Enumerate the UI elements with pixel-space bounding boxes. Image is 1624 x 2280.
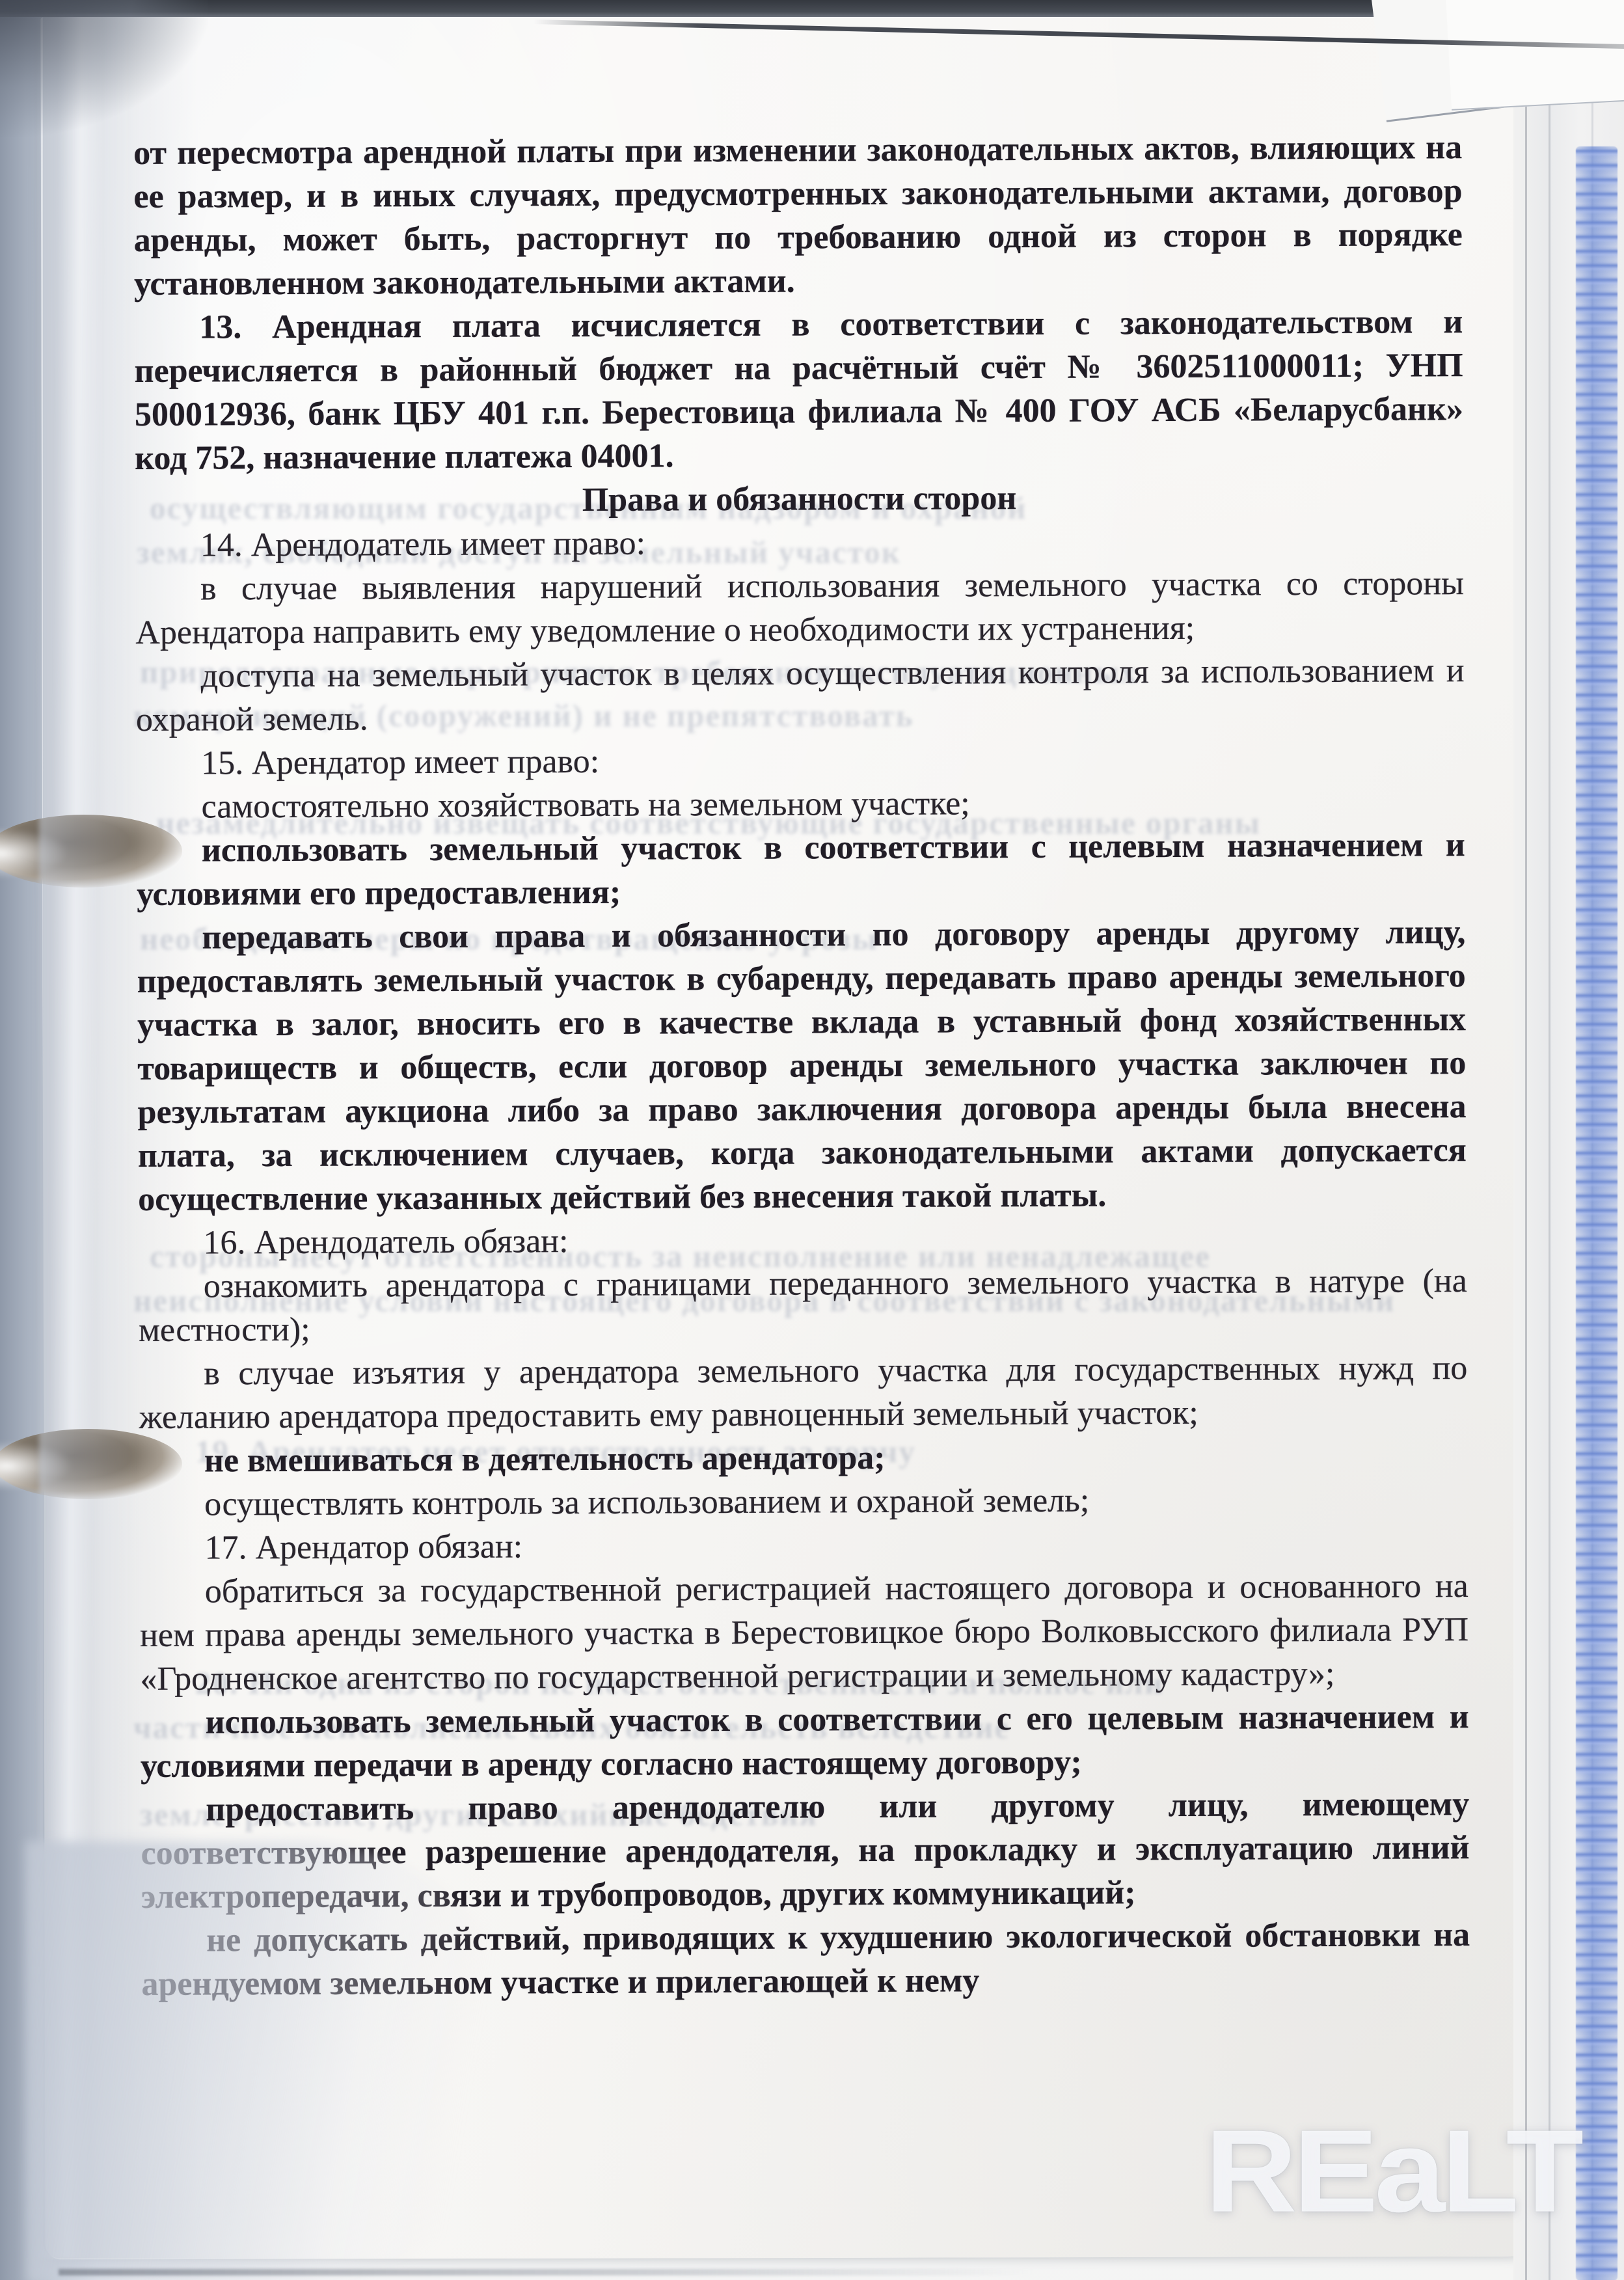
contract-paragraph: не вмешиваться в деятельность арендатора… bbox=[139, 1433, 1468, 1483]
scanned-contract-page: осуществляющим государственным надзором … bbox=[0, 0, 1624, 2280]
contract-paragraph: 17. Арендатор обязан: bbox=[139, 1521, 1468, 1570]
page-edge-line bbox=[1525, 0, 1527, 2280]
blue-spiral-binding bbox=[1576, 146, 1617, 2280]
section-heading: Права и обязанности сторон bbox=[135, 474, 1463, 524]
contract-paragraph: 13. Арендная плата исчисляется в соответ… bbox=[134, 300, 1463, 480]
page-curl-blur bbox=[26, 1841, 521, 2280]
tilted-page-corner-2 bbox=[1445, 0, 1624, 111]
contract-paragraph: обратиться за государственной регистраци… bbox=[140, 1564, 1469, 1701]
contract-paragraph: доступа на земельный участок в целях осу… bbox=[136, 649, 1465, 742]
contract-paragraph: самостоятельно хозяйствовать на земельно… bbox=[136, 780, 1465, 829]
contract-paragraph: 15. Арендатор имеет право: bbox=[136, 736, 1465, 785]
contract-paragraph: осуществлять контроль за использованием … bbox=[139, 1477, 1468, 1527]
contract-paragraph: использовать земельный участок в соответ… bbox=[141, 1695, 1470, 1788]
bottom-shadow-strip bbox=[59, 2269, 1035, 2275]
contract-text-block: от пересмотра арендной платы при изменен… bbox=[133, 126, 1470, 2006]
contract-paragraph: в случае выявления нарушений использован… bbox=[135, 562, 1465, 655]
contract-paragraph: 14. Арендодатель имеет право: bbox=[135, 518, 1464, 567]
realt-watermark: REaLT bbox=[1205, 2121, 1580, 2222]
contract-paragraph: передавать свои права и обязанности по д… bbox=[137, 910, 1467, 1221]
contract-paragraph: от пересмотра арендной платы при изменен… bbox=[133, 126, 1463, 306]
contract-paragraph: ознакомить арендатора с границами переда… bbox=[139, 1259, 1468, 1352]
page-edge-line bbox=[1549, 0, 1550, 2280]
contract-paragraph: 16. Арендодатель обязан: bbox=[138, 1215, 1467, 1265]
scanner-corner-shadow bbox=[0, 0, 208, 137]
contract-paragraph: использовать земельный участок в соответ… bbox=[137, 823, 1466, 916]
contract-paragraph: в случае изъятия у арендатора земельного… bbox=[139, 1346, 1468, 1439]
